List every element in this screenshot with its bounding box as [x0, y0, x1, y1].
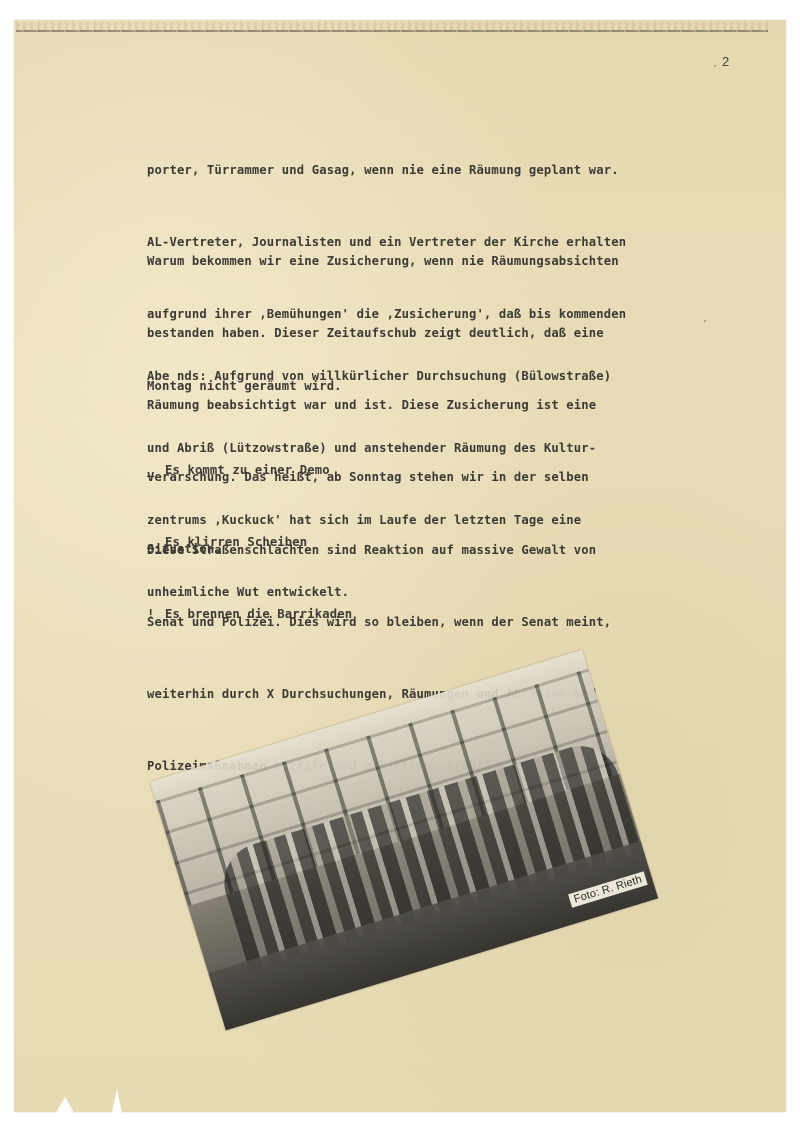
- paper-tear: [56, 1097, 74, 1113]
- top-rule-line: [16, 30, 768, 32]
- document-page: 2 porter, Türrammer und Gasag, wenn nie …: [14, 20, 786, 1112]
- list-item: _Es kommt zu einer Demo: [147, 458, 352, 482]
- text-line: Abe nds: Aufgrund von willkürlicher Durc…: [147, 364, 611, 388]
- paper-speck: [714, 65, 716, 67]
- paper-tear: [112, 1089, 122, 1113]
- text-line: porter, Türrammer und Gasag, wenn nie ei…: [147, 158, 626, 182]
- text-line: Senat und Polizei. Dies wird so bleiben,…: [147, 610, 611, 634]
- paper-speck: [704, 320, 706, 322]
- text-line: Warum bekommen wir eine Zusicherung, wen…: [147, 249, 619, 273]
- list-marker: _: [147, 458, 165, 482]
- text-line: Diese Straßenschlachten sind Reaktion au…: [147, 538, 611, 562]
- list-item-text: Es kommt zu einer Demo: [165, 463, 330, 477]
- paper-speck: [242, 313, 244, 315]
- page-number: 2: [722, 54, 729, 69]
